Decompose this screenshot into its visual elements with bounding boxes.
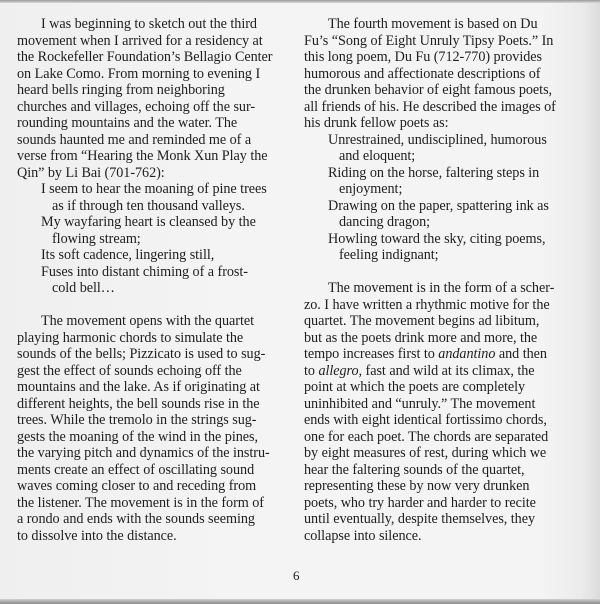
- paragraph-third-movement: The movement opens with the quartet play…: [17, 313, 297, 544]
- text-line: Fu’s “Song of Eight Unruly Tipsy Poets.”…: [304, 33, 590, 50]
- text-line: heard bells ringing from neighboring: [17, 82, 297, 99]
- verse-line: cold bell…: [17, 280, 297, 297]
- text-line: but as the poets drink more and more, th…: [304, 330, 590, 347]
- text-line: gest the effect of sounds echoing off th…: [17, 363, 297, 380]
- text-line: tempo increases first to andantino and t…: [304, 346, 590, 363]
- text-line: humorous and affectionate descriptions o…: [304, 66, 590, 83]
- verse-line: Howling toward the sky, citing poems,: [304, 231, 590, 248]
- text-line: playing harmonic chords to simulate the: [17, 330, 297, 347]
- text-span: tempo increases first to: [304, 346, 438, 362]
- verse-line: Drawing on the paper, spattering ink as: [304, 198, 590, 215]
- text-span: and then: [495, 346, 547, 362]
- text-line: the listener. The movement is in the for…: [17, 495, 297, 512]
- text-line: poets, who try harder and harder to reci…: [304, 495, 590, 512]
- text-span: , fast and wild at its climax, the: [359, 363, 535, 379]
- page-number: 6: [293, 568, 300, 584]
- text-line: The movement opens with the quartet: [17, 313, 297, 330]
- text-line: until eventually, despite themselves, th…: [304, 511, 590, 528]
- text-line: zo. I have written a rhythmic motive for…: [304, 297, 590, 314]
- text-line: the Rockefeller Foundation’s Bellagio Ce…: [17, 49, 297, 66]
- verse-line: Fuses into distant chiming of a frost-: [17, 264, 297, 281]
- text-line: sounds haunted me and reminded me of a: [17, 132, 297, 149]
- verse-line: Unrestrained, undisciplined, humorous: [304, 132, 590, 149]
- verse-line: dancing dragon;: [304, 214, 590, 231]
- page-bottom-edge: [0, 599, 600, 604]
- verse-line: Its soft cadence, lingering still,: [17, 247, 297, 264]
- verse-line: as if through ten thousand valleys.: [17, 198, 297, 215]
- paragraph-scherzo: The movement is in the form of a scher- …: [304, 280, 590, 544]
- text-line: I was beginning to sketch out the third: [17, 16, 297, 33]
- text-line: a rondo and ends with the sounds seeming: [17, 511, 297, 528]
- text-line: collapse into silence.: [304, 528, 590, 545]
- paragraph-gap: [17, 297, 297, 314]
- left-column: I was beginning to sketch out the third …: [17, 16, 297, 544]
- page-top-edge: [0, 0, 600, 3]
- verse-line: feeling indignant;: [304, 247, 590, 264]
- text-line: to dissolve into the distance.: [17, 528, 297, 545]
- text-line: this long poem, Du Fu (712-770) provides: [304, 49, 590, 66]
- right-column: The fourth movement is based on Du Fu’s …: [304, 16, 590, 544]
- text-line: Qin” by Li Bai (701-762):: [17, 165, 297, 182]
- text-line: The fourth movement is based on Du: [304, 16, 590, 33]
- paragraph-fourth-movement: The fourth movement is based on Du Fu’s …: [304, 16, 590, 132]
- verse-line: flowing stream;: [17, 231, 297, 248]
- text-line: point at which the poets are completely: [304, 379, 590, 396]
- text-line: to allegro, fast and wild at its climax,…: [304, 363, 590, 380]
- text-line: movement when I arrived for a residency …: [17, 33, 297, 50]
- text-line: on Lake Como. From morning to evening I: [17, 66, 297, 83]
- paragraph-bellagio: I was beginning to sketch out the third …: [17, 16, 297, 181]
- text-line: gests the moaning of the wind in the pin…: [17, 429, 297, 446]
- text-line: all friends of his. He described the ima…: [304, 99, 590, 116]
- text-line: different heights, the bell sounds rise …: [17, 396, 297, 413]
- booklet-page: I was beginning to sketch out the third …: [0, 0, 600, 604]
- text-line: by eight measures of rest, during which …: [304, 445, 590, 462]
- text-line: uninhibited and “unruly.” The movement: [304, 396, 590, 413]
- text-line: waves coming closer to and receding from: [17, 478, 297, 495]
- text-line: the varying pitch and dynamics of the in…: [17, 445, 297, 462]
- text-line: mountains and the lake. As if originatin…: [17, 379, 297, 396]
- text-line: hear the faltering sounds of the quartet…: [304, 462, 590, 479]
- verse-line: Riding on the horse, faltering steps in: [304, 165, 590, 182]
- verse-li-bai: I seem to hear the moaning of pine trees…: [17, 181, 297, 297]
- text-line: ments create an effect of oscillating so…: [17, 462, 297, 479]
- text-line: quartet. The movement begins ad libitum,: [304, 313, 590, 330]
- text-span: to: [304, 363, 318, 379]
- verse-line: enjoyment;: [304, 181, 590, 198]
- text-line: sounds of the bells; Pizzicato is used t…: [17, 346, 297, 363]
- text-line: the drunken behavior of eight famous poe…: [304, 82, 590, 99]
- verse-du-fu: Unrestrained, undisciplined, humorous an…: [304, 132, 590, 264]
- tempo-term-allegro: allegro: [318, 363, 358, 379]
- text-line: churches and villages, echoing off the s…: [17, 99, 297, 116]
- verse-line: I seem to hear the moaning of pine trees: [17, 181, 297, 198]
- text-line: The movement is in the form of a scher-: [304, 280, 590, 297]
- verse-line: My wayfaring heart is cleansed by the: [17, 214, 297, 231]
- text-line: his drunk fellow poets as:: [304, 115, 590, 132]
- text-line: one for each poet. The chords are separa…: [304, 429, 590, 446]
- text-line: rounding mountains and the water. The: [17, 115, 297, 132]
- text-line: representing these by now very drunken: [304, 478, 590, 495]
- paragraph-gap: [304, 264, 590, 281]
- verse-line: and eloquent;: [304, 148, 590, 165]
- text-line: verse from “Hearing the Monk Xun Play th…: [17, 148, 297, 165]
- tempo-term-andantino: andantino: [438, 346, 495, 362]
- text-line: trees. While the tremolo in the strings …: [17, 412, 297, 429]
- text-line: ends with eight identical fortissimo cho…: [304, 412, 590, 429]
